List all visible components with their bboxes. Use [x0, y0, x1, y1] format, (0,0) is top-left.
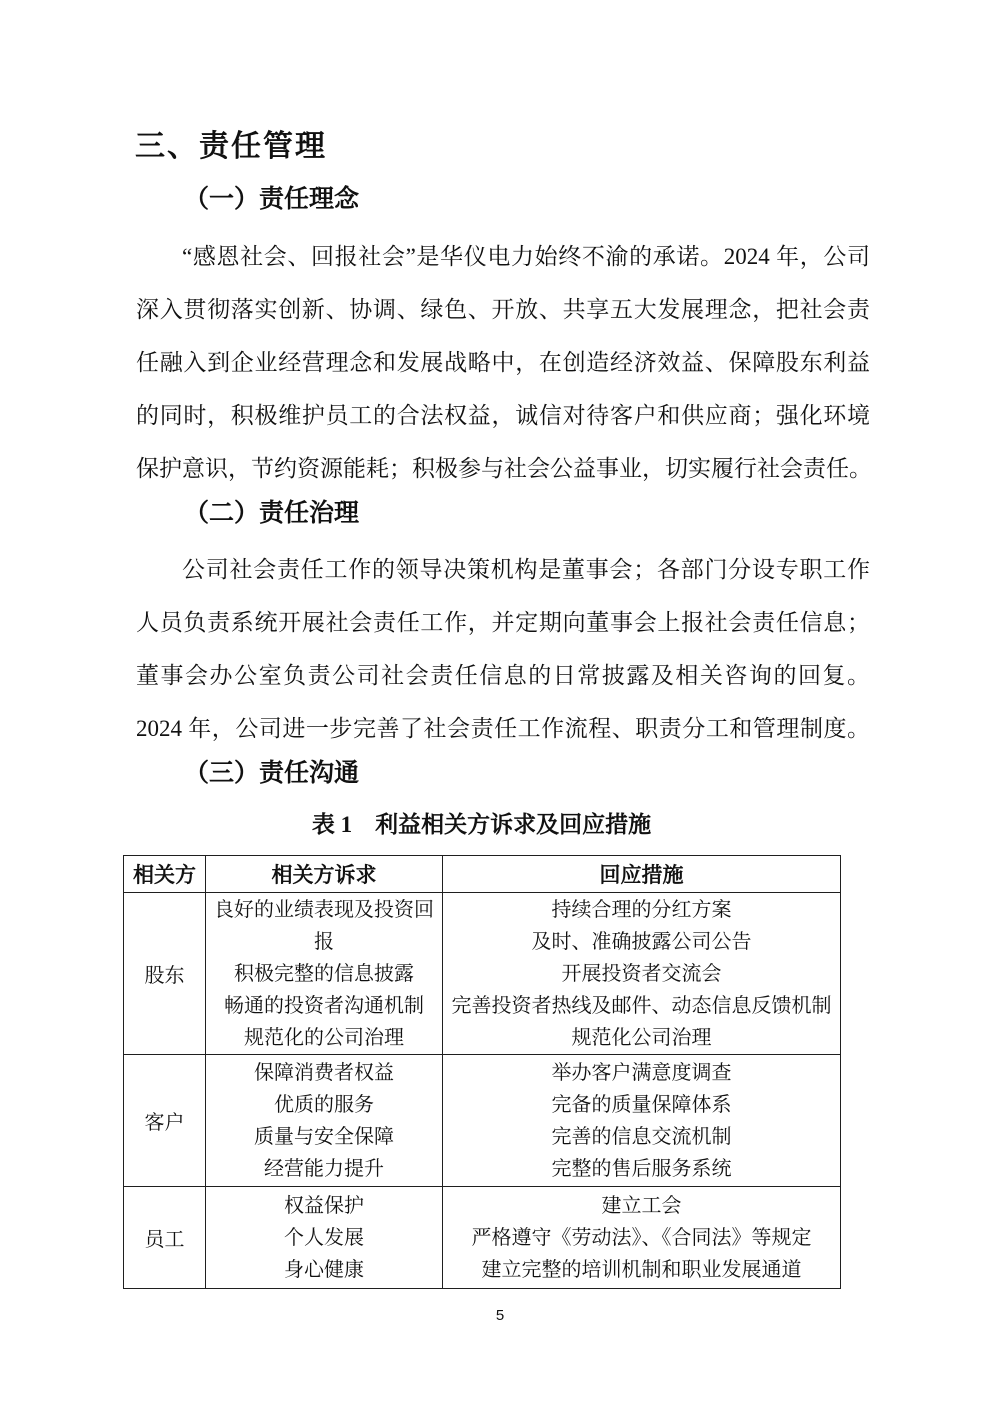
column-header-demands: 相关方诉求	[206, 856, 443, 893]
paragraph-line: 任融入到企业经营理念和发展战略中，在创造经济效益、保障股东利益	[136, 336, 870, 389]
demands-list: 保障消费者权益 优质的服务 质量与安全保障 经营能力提升	[206, 1057, 442, 1185]
paragraph-responsibility-philosophy: “感恩社会、回报社会”是华仪电力始终不渝的承诺。2024 年，公司 深入贯彻落实…	[136, 230, 870, 495]
table-header-row: 相关方 相关方诉求 回应措施	[124, 856, 841, 893]
responses-list: 举办客户满意度调查 完备的质量保障体系 完善的信息交流机制 完整的售后服务系统	[443, 1057, 840, 1185]
table-row-shareholders: 股东 良好的业绩表现及投资回报 积极完整的信息披露 畅通的投资者沟通机制 规范化…	[124, 893, 841, 1055]
subsection-heading-responsibility-philosophy: （一）责任理念	[184, 184, 359, 216]
stakeholder-cell: 员工	[124, 1187, 206, 1289]
page-number: 5	[0, 1307, 1000, 1324]
responses-list: 建立工会 严格遵守《劳动法》、《合同法》等规定 建立完整的培训机制和职业发展通道	[443, 1190, 840, 1286]
responses-list: 持续合理的分红方案 及时、准确披露公司公告 开展投资者交流会 完善投资者热线及邮…	[443, 894, 840, 1054]
paragraph-line: “感恩社会、回报社会”是华仪电力始终不渝的承诺。2024 年，公司	[136, 230, 870, 283]
subsection-heading-responsibility-governance: （二）责任治理	[184, 498, 359, 530]
responses-cell: 持续合理的分红方案 及时、准确披露公司公告 开展投资者交流会 完善投资者热线及邮…	[443, 893, 841, 1055]
demands-cell: 权益保护 个人发展 身心健康	[206, 1187, 443, 1289]
paragraph-line: 深入贯彻落实创新、协调、绿色、开放、共享五大发展理念，把社会责	[136, 283, 870, 336]
table-row-employees: 员工 权益保护 个人发展 身心健康 建立工会 严格遵守《劳动法》、《合同法》等规…	[124, 1187, 841, 1289]
paragraph-line: 的同时，积极维护员工的合法权益，诚信对待客户和供应商；强化环境	[136, 389, 870, 442]
paragraph-line: 2024 年，公司进一步完善了社会责任工作流程、职责分工和管理制度。	[136, 702, 870, 755]
paragraph-line: 董事会办公室负责公司社会责任信息的日常披露及相关咨询的回复。	[136, 649, 870, 702]
paragraph-responsibility-governance: 公司社会责任工作的领导决策机构是董事会；各部门分设专职工作 人员负责系统开展社会…	[136, 543, 870, 755]
demands-cell: 良好的业绩表现及投资回报 积极完整的信息披露 畅通的投资者沟通机制 规范化的公司…	[206, 893, 443, 1055]
document-page: 三、责任管理 （一）责任理念 “感恩社会、回报社会”是华仪电力始终不渝的承诺。2…	[0, 0, 1000, 1415]
responses-cell: 举办客户满意度调查 完备的质量保障体系 完善的信息交流机制 完整的售后服务系统	[443, 1055, 841, 1187]
stakeholder-table: 相关方 相关方诉求 回应措施 股东 良好的业绩表现及投资回报 积极完整的信息披露…	[123, 855, 841, 1289]
demands-list: 权益保护 个人发展 身心健康	[206, 1190, 442, 1286]
section-heading: 三、责任管理	[135, 129, 327, 165]
demands-list: 良好的业绩表现及投资回报 积极完整的信息披露 畅通的投资者沟通机制 规范化的公司…	[206, 894, 442, 1054]
demands-cell: 保障消费者权益 优质的服务 质量与安全保障 经营能力提升	[206, 1055, 443, 1187]
table-caption: 表 1 利益相关方诉求及回应措施	[123, 806, 840, 844]
table-row-customers: 客户 保障消费者权益 优质的服务 质量与安全保障 经营能力提升 举办客户满意度调…	[124, 1055, 841, 1187]
subsection-heading-responsibility-communication: （三）责任沟通	[184, 758, 359, 790]
paragraph-line: 保护意识，节约资源能耗；积极参与社会公益事业，切实履行社会责任。	[136, 442, 870, 495]
paragraph-line: 人员负责系统开展社会责任工作，并定期向董事会上报社会责任信息；	[136, 596, 870, 649]
paragraph-line: 公司社会责任工作的领导决策机构是董事会；各部门分设专职工作	[136, 543, 870, 596]
stakeholder-cell: 客户	[124, 1055, 206, 1187]
column-header-responses: 回应措施	[443, 856, 841, 893]
column-header-stakeholder: 相关方	[124, 856, 206, 893]
stakeholder-cell: 股东	[124, 893, 206, 1055]
responses-cell: 建立工会 严格遵守《劳动法》、《合同法》等规定 建立完整的培训机制和职业发展通道	[443, 1187, 841, 1289]
